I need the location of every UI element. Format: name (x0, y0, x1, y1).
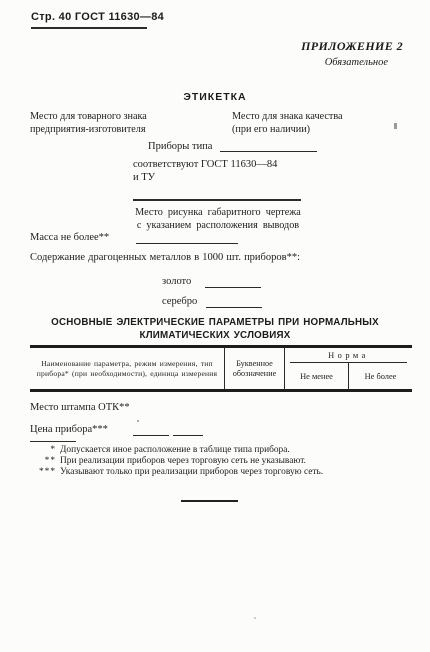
scan-speck (394, 123, 397, 129)
scan-speck (137, 420, 139, 422)
price-label: Цена прибора*** (30, 424, 108, 435)
conformity-line2: и ТУ (133, 172, 277, 185)
silver-label: серебро (162, 296, 197, 307)
precious-metals-label: Содержание драгоценных металлов в 1000 ш… (30, 252, 300, 263)
conformity-statement: соответствуют ГОСТ 11630—84 и ТУ (133, 159, 277, 184)
quality-mark-line2: (при его наличии) (232, 124, 372, 137)
end-of-section-rule (181, 500, 238, 502)
drawing-place-line2: с указанием расположения выводов (120, 220, 316, 233)
mass-label: Масса не более** (30, 232, 109, 243)
column-header-letter-symbol: Буквенное обозначение (225, 348, 285, 389)
price-blank-field-2 (173, 425, 203, 436)
appendix-subtitle: Обязательное (325, 57, 388, 68)
trademark-place-line2: предприятия-изготовителя (30, 124, 200, 137)
footnote-text: Допускается иное расположение в таблице … (60, 445, 408, 455)
price-blank-field-1 (133, 425, 169, 436)
column-header-norm: Норма (290, 348, 407, 363)
column-group-norm: Норма Не менее Не более (285, 348, 412, 389)
drawing-place: Место рисунка габаритного чертежа с указ… (120, 207, 316, 232)
table-title-line1: ОСНОВНЫЕ ЭЛЕКТРИЧЕСКИЕ ПАРАМЕТРЫ ПРИ НОР… (0, 316, 430, 329)
table-title-line2: КЛИМАТИЧЕСКИХ УСЛОВИЯХ (0, 329, 430, 342)
appendix-title: ПРИЛОЖЕНИЕ 2 (301, 39, 403, 54)
column-header-not-more: Не более (348, 363, 412, 389)
trademark-place-line1: Место для товарного знака (30, 111, 200, 124)
trademark-place: Место для товарного знака предприятия-из… (30, 111, 200, 136)
page-header: Стр. 40 ГОСТ 11630—84 (31, 11, 164, 23)
footnote-item: ** При реализации приборов через торгову… (30, 456, 408, 466)
mass-blank-field (136, 233, 238, 244)
device-type-label: Приборы типа (148, 141, 212, 152)
device-type-row: Приборы типа (148, 141, 317, 152)
quality-mark-line1: Место для знака качества (232, 111, 372, 124)
column-header-parameter-name: Наименование параметра, режим измерения,… (30, 348, 225, 389)
drawing-place-line1: Место рисунка габаритного чертежа (120, 207, 316, 220)
footnote-item: * Допускается иное расположение в таблиц… (30, 445, 408, 455)
norm-subcolumns: Не менее Не более (285, 363, 412, 389)
header-rule (31, 27, 147, 29)
footnote-item: *** Указывают только при реализации приб… (30, 467, 408, 477)
otk-stamp-label: Место штампа ОТК** (30, 402, 130, 413)
footnote-text: Указывают только при реализации приборов… (60, 467, 408, 477)
gold-blank-field (205, 277, 261, 288)
footnote-marker: * (30, 445, 60, 455)
scan-speck (254, 617, 256, 619)
table-title: ОСНОВНЫЕ ЭЛЕКТРИЧЕСКИЕ ПАРАМЕТРЫ ПРИ НОР… (0, 316, 430, 342)
parameters-table: Наименование параметра, режим измерения,… (30, 345, 412, 392)
section-title: ЭТИКЕТКА (0, 91, 430, 103)
footnotes: * Допускается иное расположение в таблиц… (30, 445, 408, 477)
column-header-not-less: Не менее (285, 363, 348, 389)
quality-mark-place: Место для знака качества (при его наличи… (232, 111, 372, 136)
gold-label: золото (162, 276, 191, 287)
document-page: Стр. 40 ГОСТ 11630—84 ПРИЛОЖЕНИЕ 2 Обяза… (0, 0, 430, 652)
divider-rule (133, 199, 301, 201)
footnote-text: При реализации приборов через торговую с… (60, 456, 408, 466)
footnote-marker: *** (30, 467, 60, 477)
silver-blank-field (206, 297, 262, 308)
device-type-blank-field (220, 141, 317, 152)
footnote-marker: ** (30, 456, 60, 466)
footnotes-rule (30, 441, 76, 442)
conformity-line1: соответствуют ГОСТ 11630—84 (133, 159, 277, 172)
